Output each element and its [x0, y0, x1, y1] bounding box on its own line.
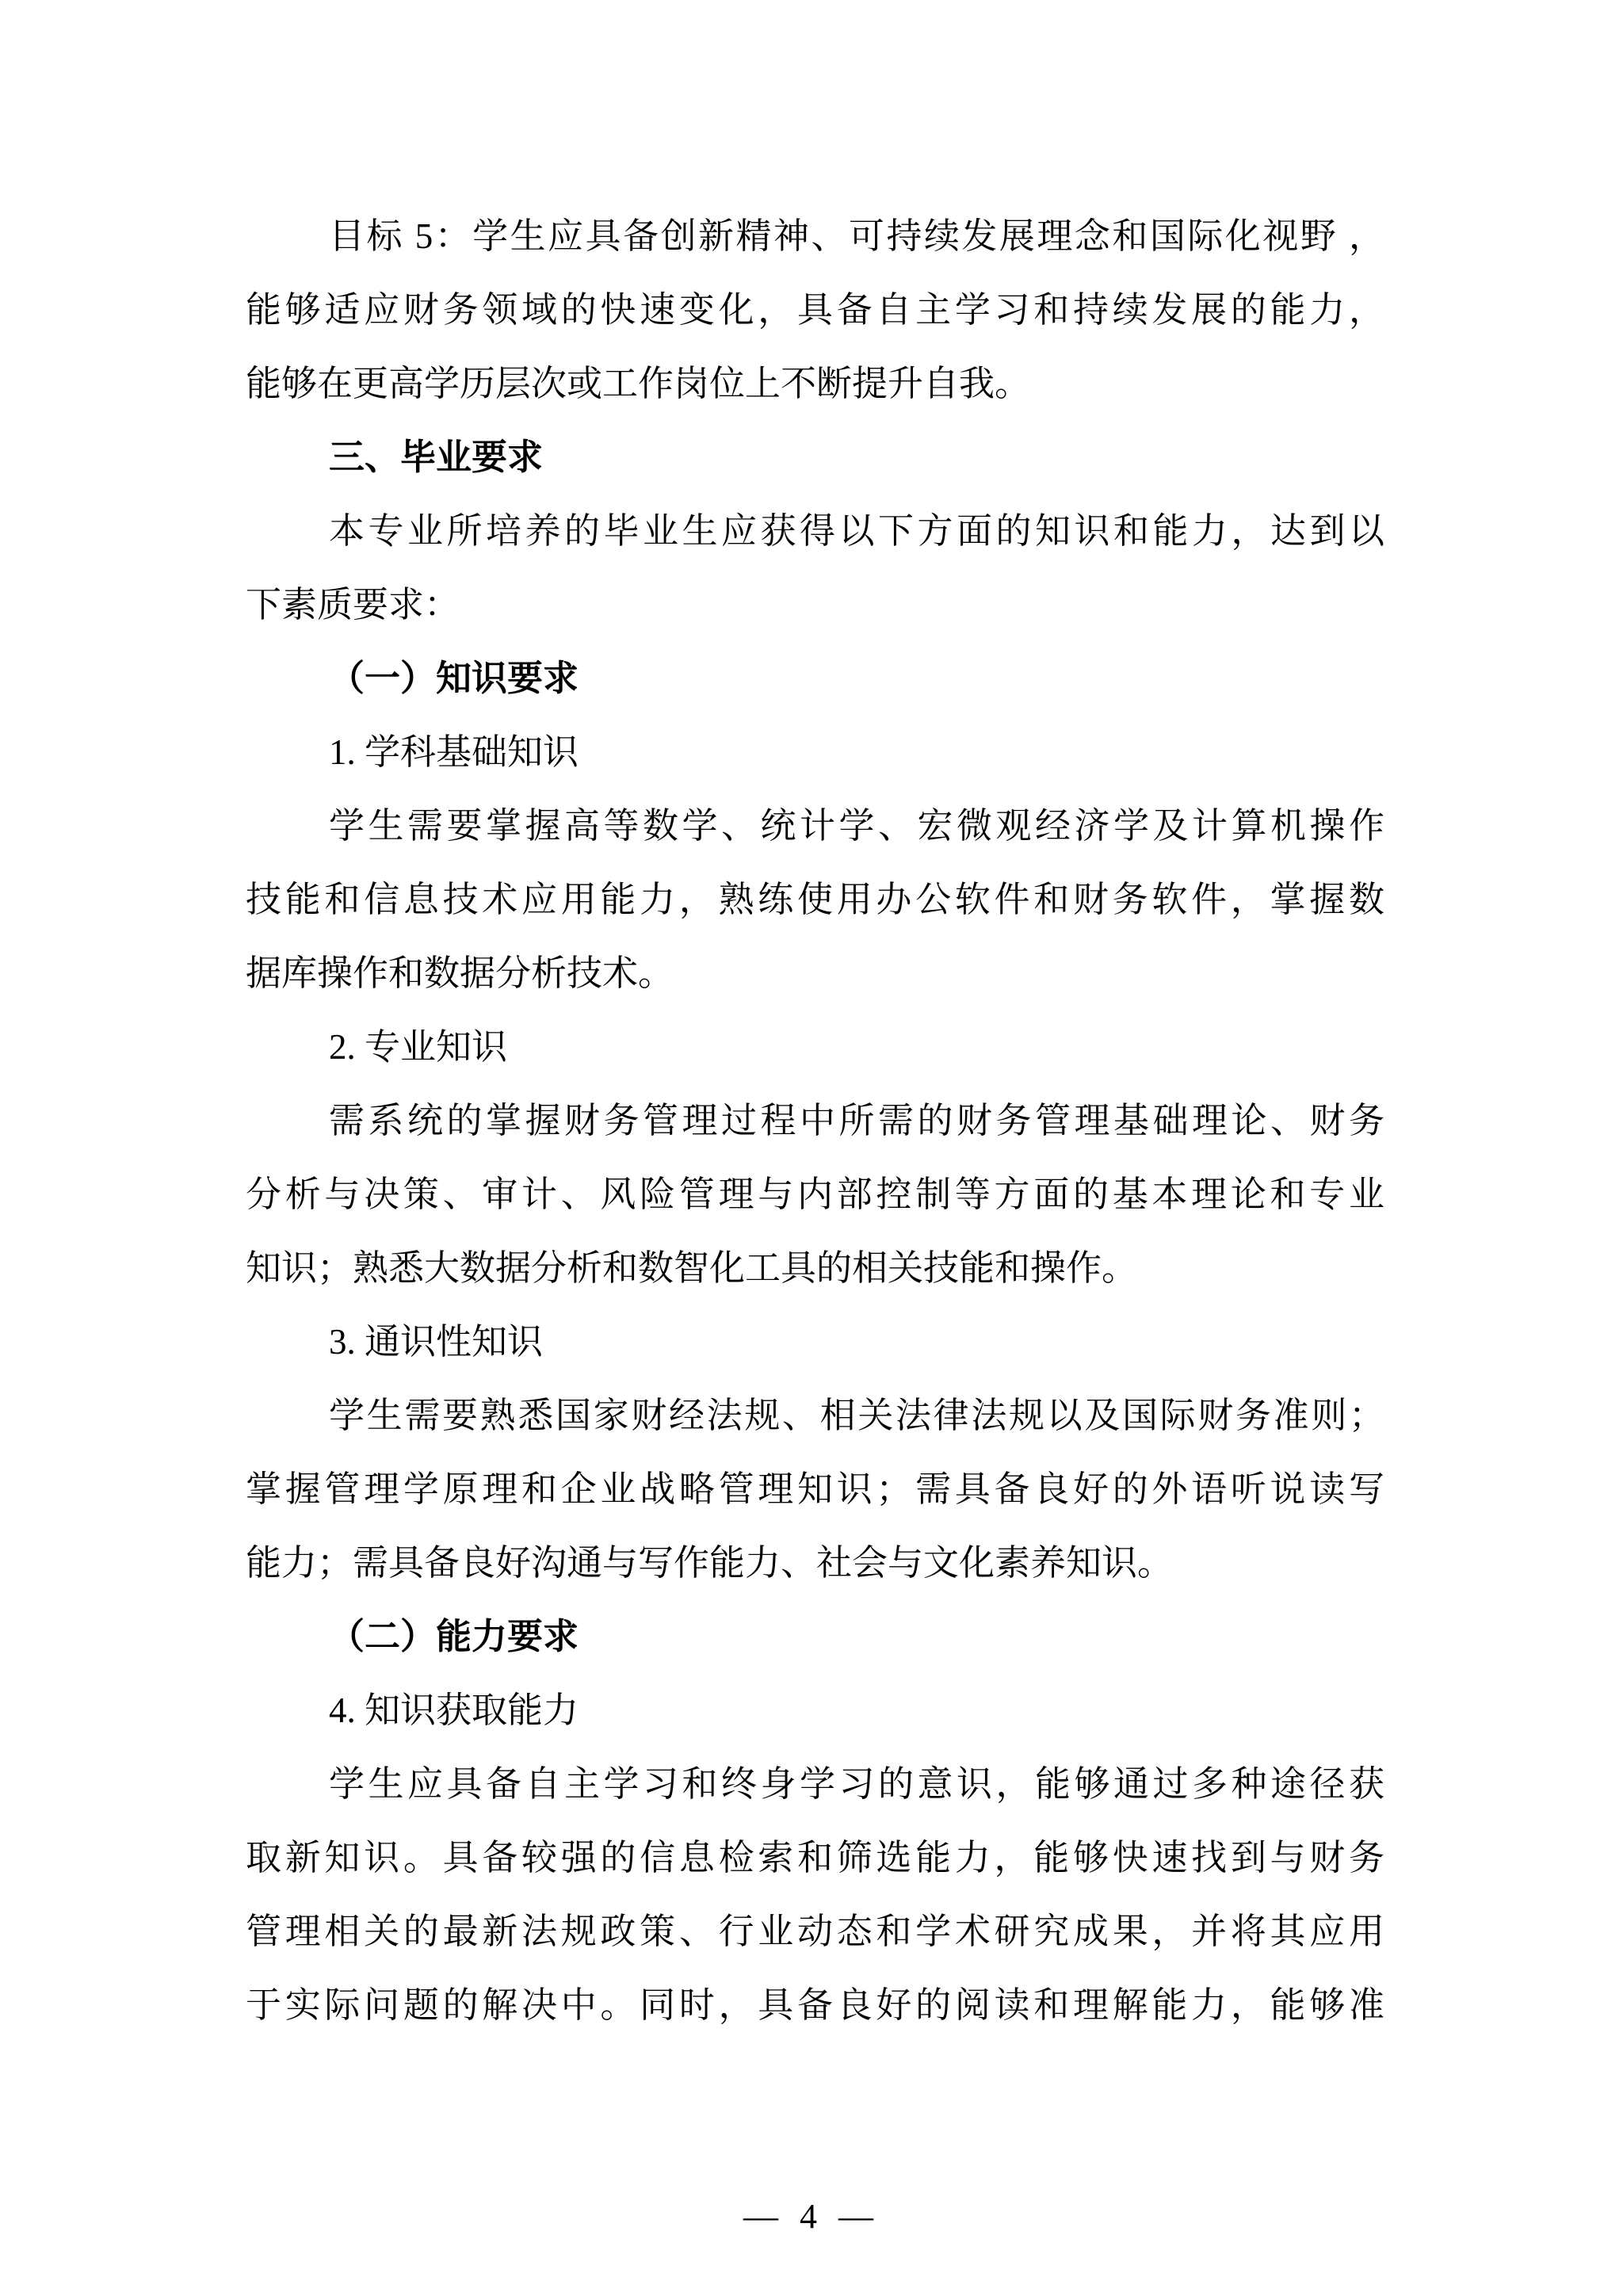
page-footer: — 4 — [0, 2195, 1623, 2239]
body-text-line: 分析与决策、审计、风险管理与内部控制等方面的基本理论和专业 [246, 1158, 1384, 1232]
body-text-line: 取新知识。具备较强的信息检索和筛选能力，能够快速找到与财务 [246, 1821, 1384, 1895]
body-text-line: 学生应具备自主学习和终身学习的意识，能够通过多种途径获 [246, 1748, 1384, 1821]
document-page: 目标 5：学生应具备创新精神、可持续发展理念和国际化视野 ，能够适应财务领域的快… [0, 0, 1623, 2296]
body-text-line: 管理相关的最新法规政策、行业动态和学术研究成果，并将其应用 [246, 1895, 1384, 1969]
body-text-line: 知识；熟悉大数据分析和数智化工具的相关技能和操作。 [246, 1232, 1384, 1305]
document-body: 目标 5：学生应具备创新精神、可持续发展理念和国际化视野 ，能够适应财务领域的快… [246, 200, 1384, 2042]
body-text-line: 本专业所培养的毕业生应获得以下方面的知识和能力，达到以 [246, 495, 1384, 568]
body-text-line: 4. 知识获取能力 [246, 1674, 1384, 1748]
body-text-line: 掌握管理学原理和企业战略管理知识；需具备良好的外语听说读写 [246, 1453, 1384, 1526]
page-number: — 4 — [743, 2197, 880, 2236]
section-heading-line: （一）知识要求 [246, 642, 1384, 716]
body-text-line: 于实际问题的解决中。同时，具备良好的阅读和理解能力，能够准 [246, 1969, 1384, 2042]
body-text-line: 技能和信息技术应用能力，熟练使用办公软件和财务软件，掌握数 [246, 863, 1384, 937]
section-heading-line: 三、毕业要求 [246, 421, 1384, 495]
body-text-line: 需系统的掌握财务管理过程中所需的财务管理基础理论、财务 [246, 1084, 1384, 1158]
body-text-line: 能力；需具备良好沟通与写作能力、社会与文化素养知识。 [246, 1526, 1384, 1600]
body-text-line: 能够在更高学历层次或工作岗位上不断提升自我。 [246, 347, 1384, 421]
body-text-line: 能够适应财务领域的快速变化，具备自主学习和持续发展的能力， [246, 273, 1384, 347]
body-text-line: 目标 5：学生应具备创新精神、可持续发展理念和国际化视野 ， [246, 200, 1384, 273]
body-text-line: 据库操作和数据分析技术。 [246, 937, 1384, 1010]
body-text-line: 3. 通识性知识 [246, 1305, 1384, 1379]
body-text-line: 下素质要求： [246, 568, 1384, 642]
body-text-line: 2. 专业知识 [246, 1010, 1384, 1084]
body-text-line: 1. 学科基础知识 [246, 716, 1384, 789]
body-text-line: 学生需要熟悉国家财经法规、相关法律法规以及国际财务准则； [246, 1379, 1384, 1453]
section-heading-line: （二）能力要求 [246, 1600, 1384, 1674]
body-text-line: 学生需要掌握高等数学、统计学、宏微观经济学及计算机操作 [246, 789, 1384, 863]
